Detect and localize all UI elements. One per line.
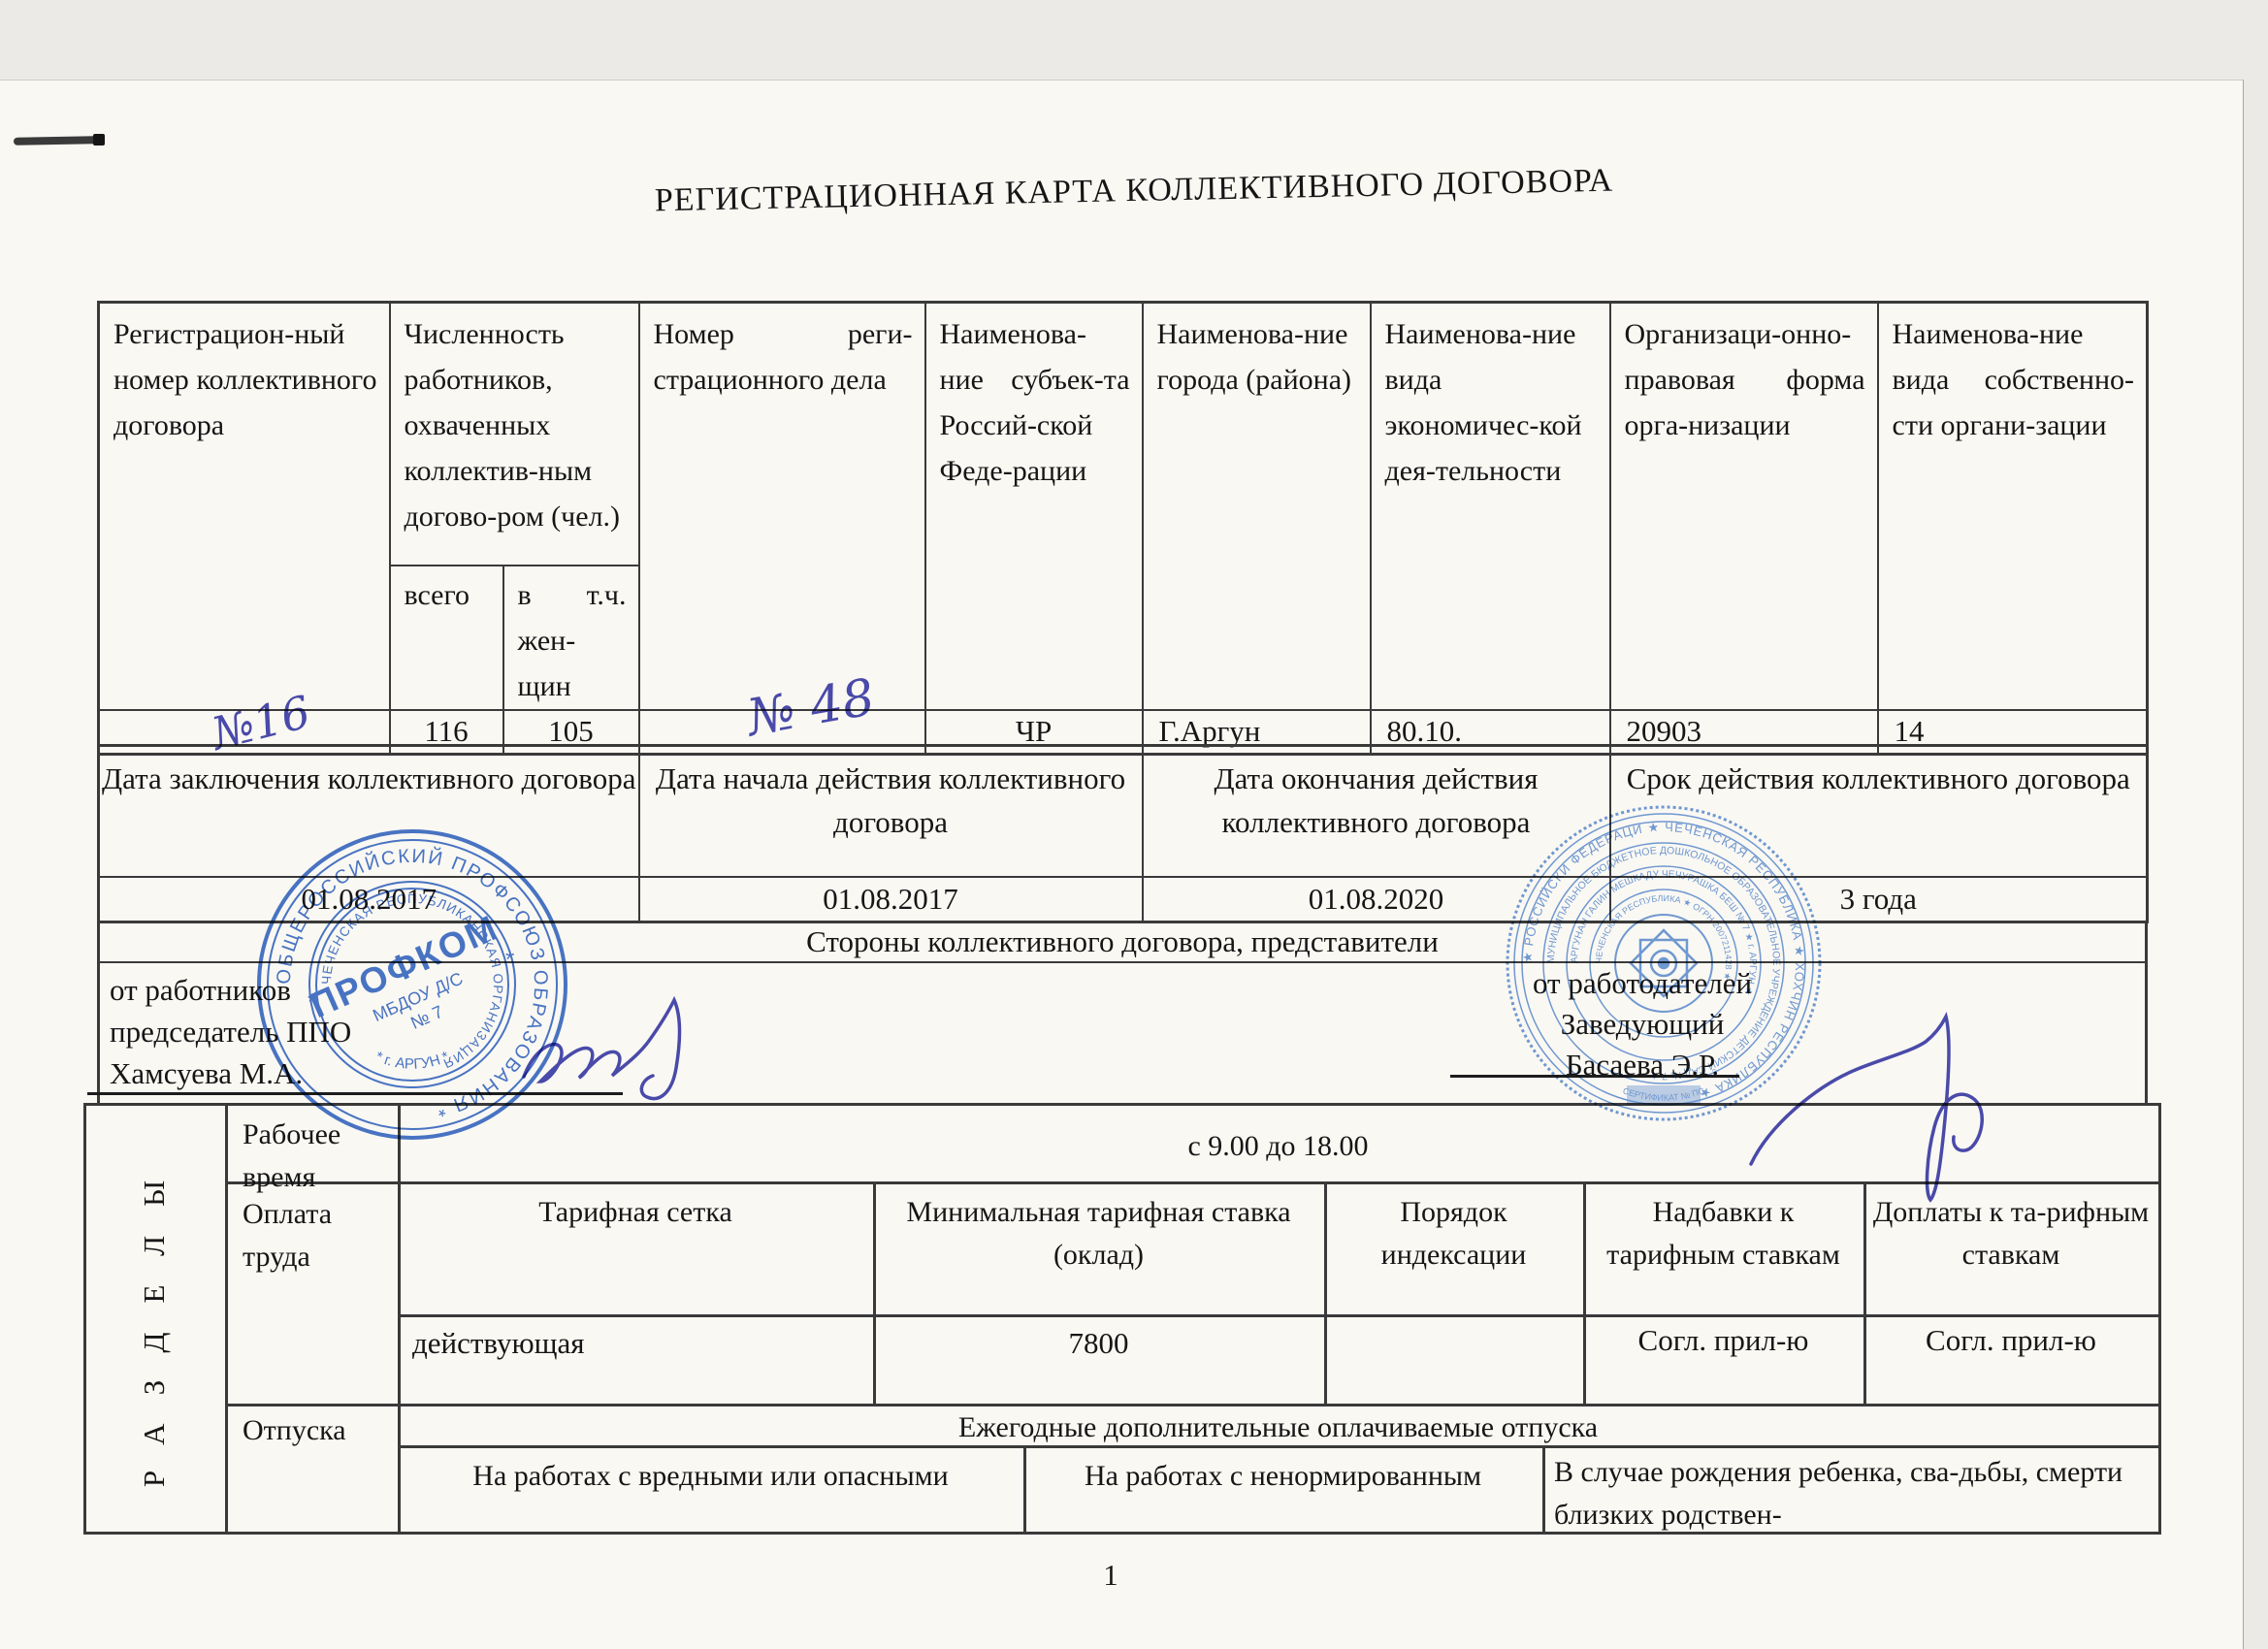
document-title: РЕГИСТРАЦИОННАЯ КАРТА КОЛЛЕКТИВНОГО ДОГО… (0, 149, 2268, 234)
value-date-start: 01.08.2017 (639, 877, 1143, 922)
header-workers-count: Численность работников, охваченных колле… (390, 303, 639, 566)
header-workers-total: всего (390, 566, 503, 710)
pay-header-indexation: Порядок индексации (1329, 1191, 1578, 1277)
scanned-document-page: РЕГИСТРАЦИОННАЯ КАРТА КОЛЛЕКТИВНОГО ДОГО… (0, 0, 2268, 1649)
leave-subheader-hazardous: На работах с вредными или опасными (407, 1455, 1014, 1498)
header-legal-form: Организаци-онно-правовая форма орга-низа… (1610, 303, 1878, 710)
header-reg-number: Регистрацион-ный номер коллективного дог… (99, 303, 390, 710)
employees-signature (509, 985, 742, 1120)
header-case-number: Номер реги-страционного дела (639, 303, 925, 710)
header-ownership-type: Наименова-ние вида собственно-сти органи… (1878, 303, 2148, 710)
sections-grid-line (873, 1181, 876, 1406)
page-number: 1 (1057, 1558, 1164, 1593)
header-workers-women: в т.ч. жен-щин (503, 566, 639, 710)
header-federal-subject: Наименова-ние субъек-та Россий-ской Феде… (925, 303, 1143, 710)
scan-corner-mark-dot (93, 134, 105, 145)
section-leave-label: Отпуска (243, 1409, 388, 1452)
leave-subheader-irregular: На работах с ненормированным (1028, 1455, 1538, 1498)
pay-header-min-rate: Минимальная тарифная ставка (оклад) (878, 1191, 1319, 1277)
header-city: Наименова-ние города (района) (1143, 303, 1371, 710)
registry-table: Регистрацион-ный номер коллективного дог… (97, 301, 2149, 756)
scan-corner-mark (14, 136, 99, 145)
pay-value-extra-pay: Согл. прил-ю (1868, 1319, 2154, 1362)
sections-grid-line (1542, 1445, 1545, 1535)
sections-grid-line (2158, 1103, 2161, 1535)
sections-grid-line (1023, 1445, 1026, 1535)
pay-value-bonuses: Согл. прил-ю (1588, 1319, 1859, 1362)
header-economic-activity: Наименова-ние вида экономичес-кой дея-те… (1371, 303, 1610, 710)
pay-value-min-rate: 7800 (878, 1322, 1319, 1365)
sections-side-label-cell: РАЗДЕЛЫ (83, 1103, 225, 1535)
pay-header-tariff-grid: Тарифная сетка (403, 1191, 868, 1234)
scan-right-edge (2243, 80, 2268, 1649)
section-pay-label: Оплата труда (243, 1193, 388, 1278)
union-stamp-star-left: * (308, 989, 316, 1016)
union-stamp-star-right: * (505, 947, 514, 973)
union-stamp-bottom-text: * г. АРГУН * (373, 1049, 451, 1073)
leave-subheader-family-events: В случае рождения ребенка, сва-дьбы, сме… (1554, 1451, 2151, 1536)
scan-top-edge (0, 0, 2268, 81)
sections-side-label: РАЗДЕЛЫ (137, 1150, 172, 1486)
pay-value-tariff-grid: действующая (412, 1322, 859, 1365)
sections-grid-line (1863, 1181, 1866, 1406)
header-date-start: Дата начала действия коллективного догов… (639, 746, 1143, 877)
employers-signature (1727, 1009, 2047, 1212)
sections-grid-line (225, 1103, 228, 1535)
leave-heading: Ежегодные дополнительные оплачиваемые от… (398, 1406, 2158, 1449)
sections-grid-line (1583, 1181, 1586, 1406)
sections-grid-line (398, 1314, 2161, 1317)
sections-grid-line (1324, 1181, 1327, 1406)
